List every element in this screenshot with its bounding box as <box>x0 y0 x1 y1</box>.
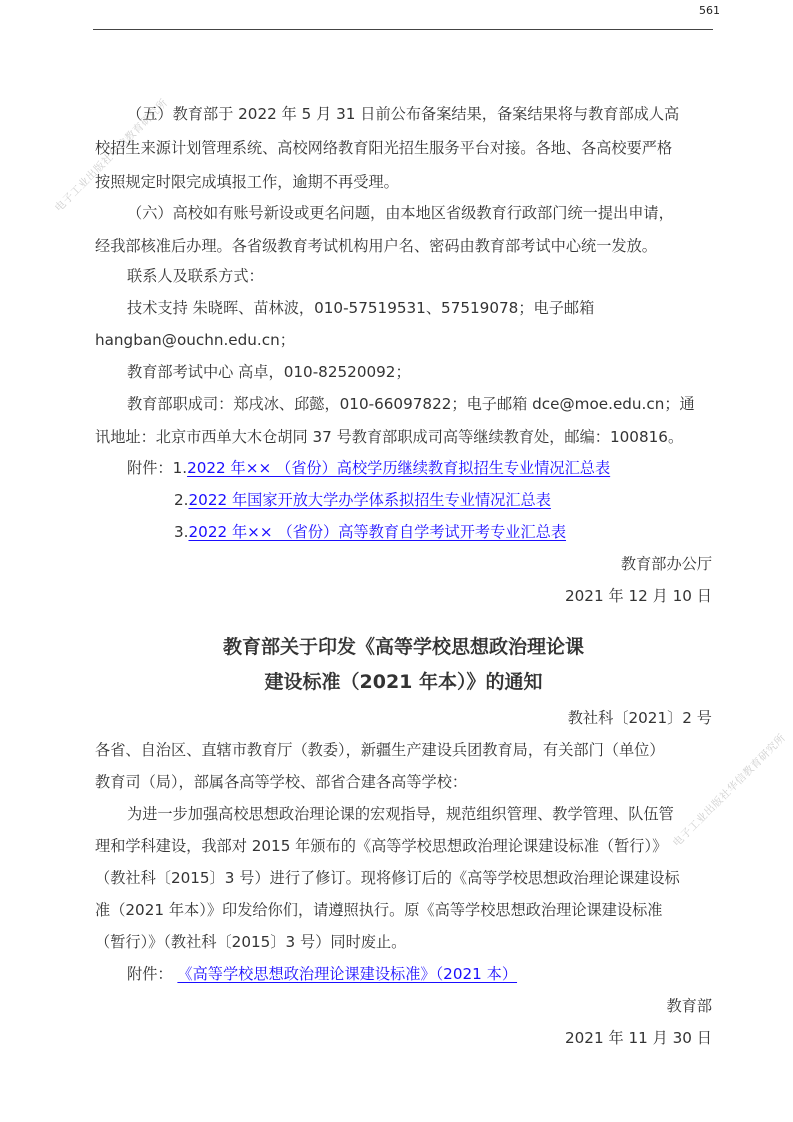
body-line-2: 理和学科建设，我部对 2015 年颁布的《高等学校思想政治理论课建设标准（暂行）… <box>95 836 667 856</box>
attachment-item-2: 2.2022 年国家开放大学办学体系拟招生专业情况汇总表 <box>174 490 551 510</box>
attachment-link-1[interactable]: 2022 年×× （省份）高校学历继续教育拟招生专业情况汇总表 <box>187 459 610 477</box>
attachment-link-3[interactable]: 2022 年×× （省份）高等教育自学考试开考专业汇总表 <box>189 523 567 541</box>
body-line-5: （暂行）》（教社科〔2015〕3 号）同时废止。 <box>95 932 406 952</box>
date: 2021 年 12 月 10 日 <box>565 586 712 606</box>
body-line-3: （教社科〔2015〕3 号）进行了修订。现将修订后的《高等学校思想政治理论课建设… <box>95 868 680 888</box>
notice-title-line-1: 教育部关于印发《高等学校思想政治理论课 <box>95 635 712 659</box>
attachment-item-3: 3.2022 年×× （省份）高等教育自学考试开考专业汇总表 <box>174 522 566 542</box>
attachment-number: 1. <box>173 459 188 477</box>
contacts-label: 联系人及联系方式： <box>127 266 264 286</box>
header-rule <box>93 29 713 30</box>
paragraph-5-line-1: （五）教育部于 2022 年 5 月 31 日前公布备案结果，备案结果将与教育部… <box>127 104 679 124</box>
contact-vocational-line-1: 教育部职成司：郑戌冰、邱懿，010-66097822；电子邮箱 dce@moe.… <box>127 394 695 414</box>
attachment-link-2[interactable]: 2022 年国家开放大学办学体系拟招生专业情况汇总表 <box>189 491 551 509</box>
notice-date: 2021 年 11 月 30 日 <box>565 1028 712 1048</box>
signature: 教育部办公厅 <box>621 554 712 574</box>
attachment-number: 2. <box>174 491 189 509</box>
body-line-4: 准（2021 年本）》印发给你们，请遵照执行。原《高等学校思想政治理论课建设标准 <box>95 900 662 920</box>
contact-exam: 教育部考试中心 高卓，010-82520092； <box>127 362 411 382</box>
addressees-line-1: 各省、自治区、直辖市教育厅（教委），新疆生产建设兵团教育局，有关部门（单位） <box>95 740 665 760</box>
attachment-number: 3. <box>174 523 189 541</box>
contact-tech-line-1: 技术支持 朱晓晖、苗林波，010-57519531、57519078；电子邮箱 <box>127 298 594 318</box>
document-number: 教社科〔2021〕2 号 <box>568 708 712 728</box>
page-number: 561 <box>680 4 720 17</box>
paragraph-5-line-2: 校招生来源计划管理系统、高校网络教育阳光招生服务平台对接。各地、各高校要严格 <box>95 138 672 158</box>
body-line-1: 为进一步加强高校思想政治理论课的宏观指导，规范组织管理、教学管理、队伍管 <box>127 804 674 824</box>
notice-signature: 教育部 <box>666 996 712 1016</box>
paragraph-6-line-1: （六）高校如有账号新设或更名问题，由本地区省级教育行政部门统一提出申请， <box>127 203 674 223</box>
contact-tech-line-2: hangban@ouchn.edu.cn； <box>95 330 295 350</box>
watermark: 电子工业出版社华信教育研究所 <box>669 730 789 850</box>
addressees-line-2: 教育司（局），部属各高等学校、部省合建各高等学校： <box>95 772 467 792</box>
attachment-link-standard[interactable]: 《高等学校思想政治理论课建设标准》（2021 本） <box>177 965 517 983</box>
attachments-label: 附件： <box>127 459 173 477</box>
attachments-label: 附件： <box>127 965 173 983</box>
contact-vocational-line-2: 讯地址：北京市西单大木仓胡同 37 号教育部职成司高等继续教育处，邮编：1008… <box>95 427 683 447</box>
notice-title-line-2: 建设标准（2021 年本）》的通知 <box>95 670 712 694</box>
notice-attachment: 附件： 《高等学校思想政治理论课建设标准》（2021 本） <box>127 964 517 984</box>
attachment-item-1: 附件：1.2022 年×× （省份）高校学历继续教育拟招生专业情况汇总表 <box>127 458 610 478</box>
paragraph-6-line-2: 经我部核准后办理。各省级教育考试机构用户名、密码由教育部考试中心统一发放。 <box>95 236 657 256</box>
paragraph-5-line-3: 按照规定时限完成填报工作，逾期不再受理。 <box>95 172 399 192</box>
